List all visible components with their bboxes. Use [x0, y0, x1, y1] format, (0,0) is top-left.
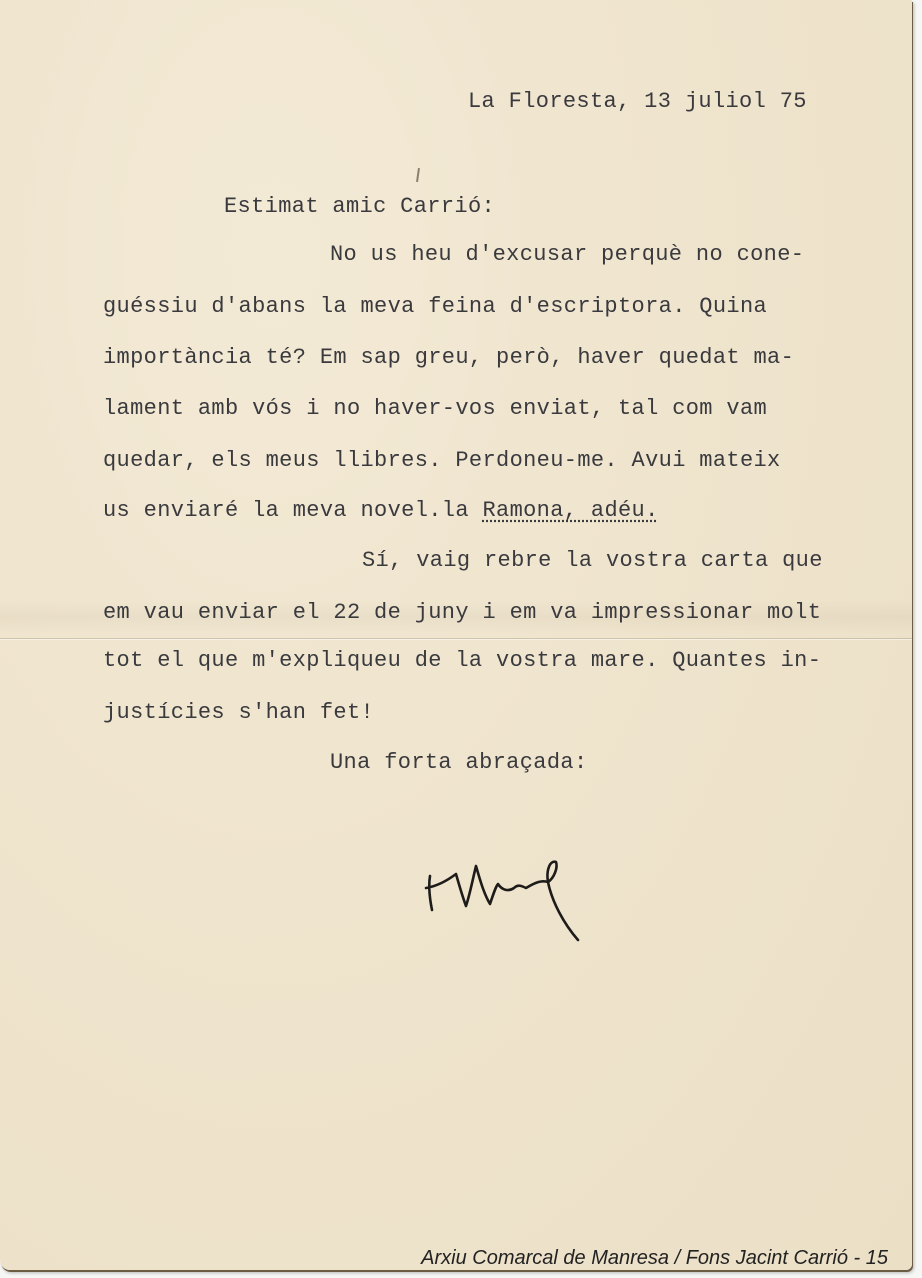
- place-date: La Floresta, 13 juliol 75: [468, 89, 807, 115]
- body-line-8: em vau enviar el 22 de juny i em va impr…: [103, 600, 821, 626]
- stray-ink-mark: [416, 168, 420, 182]
- body-line-3: importància té? Em sap greu, però, haver…: [103, 345, 794, 371]
- closing: Una forta abraçada:: [330, 750, 588, 776]
- body-line-2: guéssiu d'abans la meva feina d'escripto…: [103, 294, 767, 320]
- novel-title: Ramona, adéu.: [482, 498, 658, 523]
- paper-fold-crease: [0, 638, 912, 639]
- body-line-9: tot el que m'expliqueu de la vostra mare…: [103, 648, 821, 674]
- signature: [418, 858, 608, 948]
- body-line-4: lament amb vós i no haver-vos enviat, ta…: [103, 396, 767, 422]
- body-line-1: No us heu d'excusar perquè no cone-: [330, 242, 804, 268]
- body-line-7: Sí, vaig rebre la vostra carta que: [362, 548, 823, 574]
- letter-page: La Floresta, 13 juliol 75 Estimat amic C…: [0, 0, 912, 1270]
- body-line-10: justícies s'han fet!: [103, 700, 374, 726]
- body-line-6-text: us enviaré la meva novel.la: [103, 498, 482, 523]
- body-line-5: quedar, els meus llibres. Perdoneu-me. A…: [103, 448, 781, 474]
- body-line-6: us enviaré la meva novel.la Ramona, adéu…: [103, 498, 659, 524]
- salutation: Estimat amic Carrió:: [224, 194, 495, 220]
- archive-credit: Arxiu Comarcal de Manresa / Fons Jacint …: [421, 1247, 888, 1270]
